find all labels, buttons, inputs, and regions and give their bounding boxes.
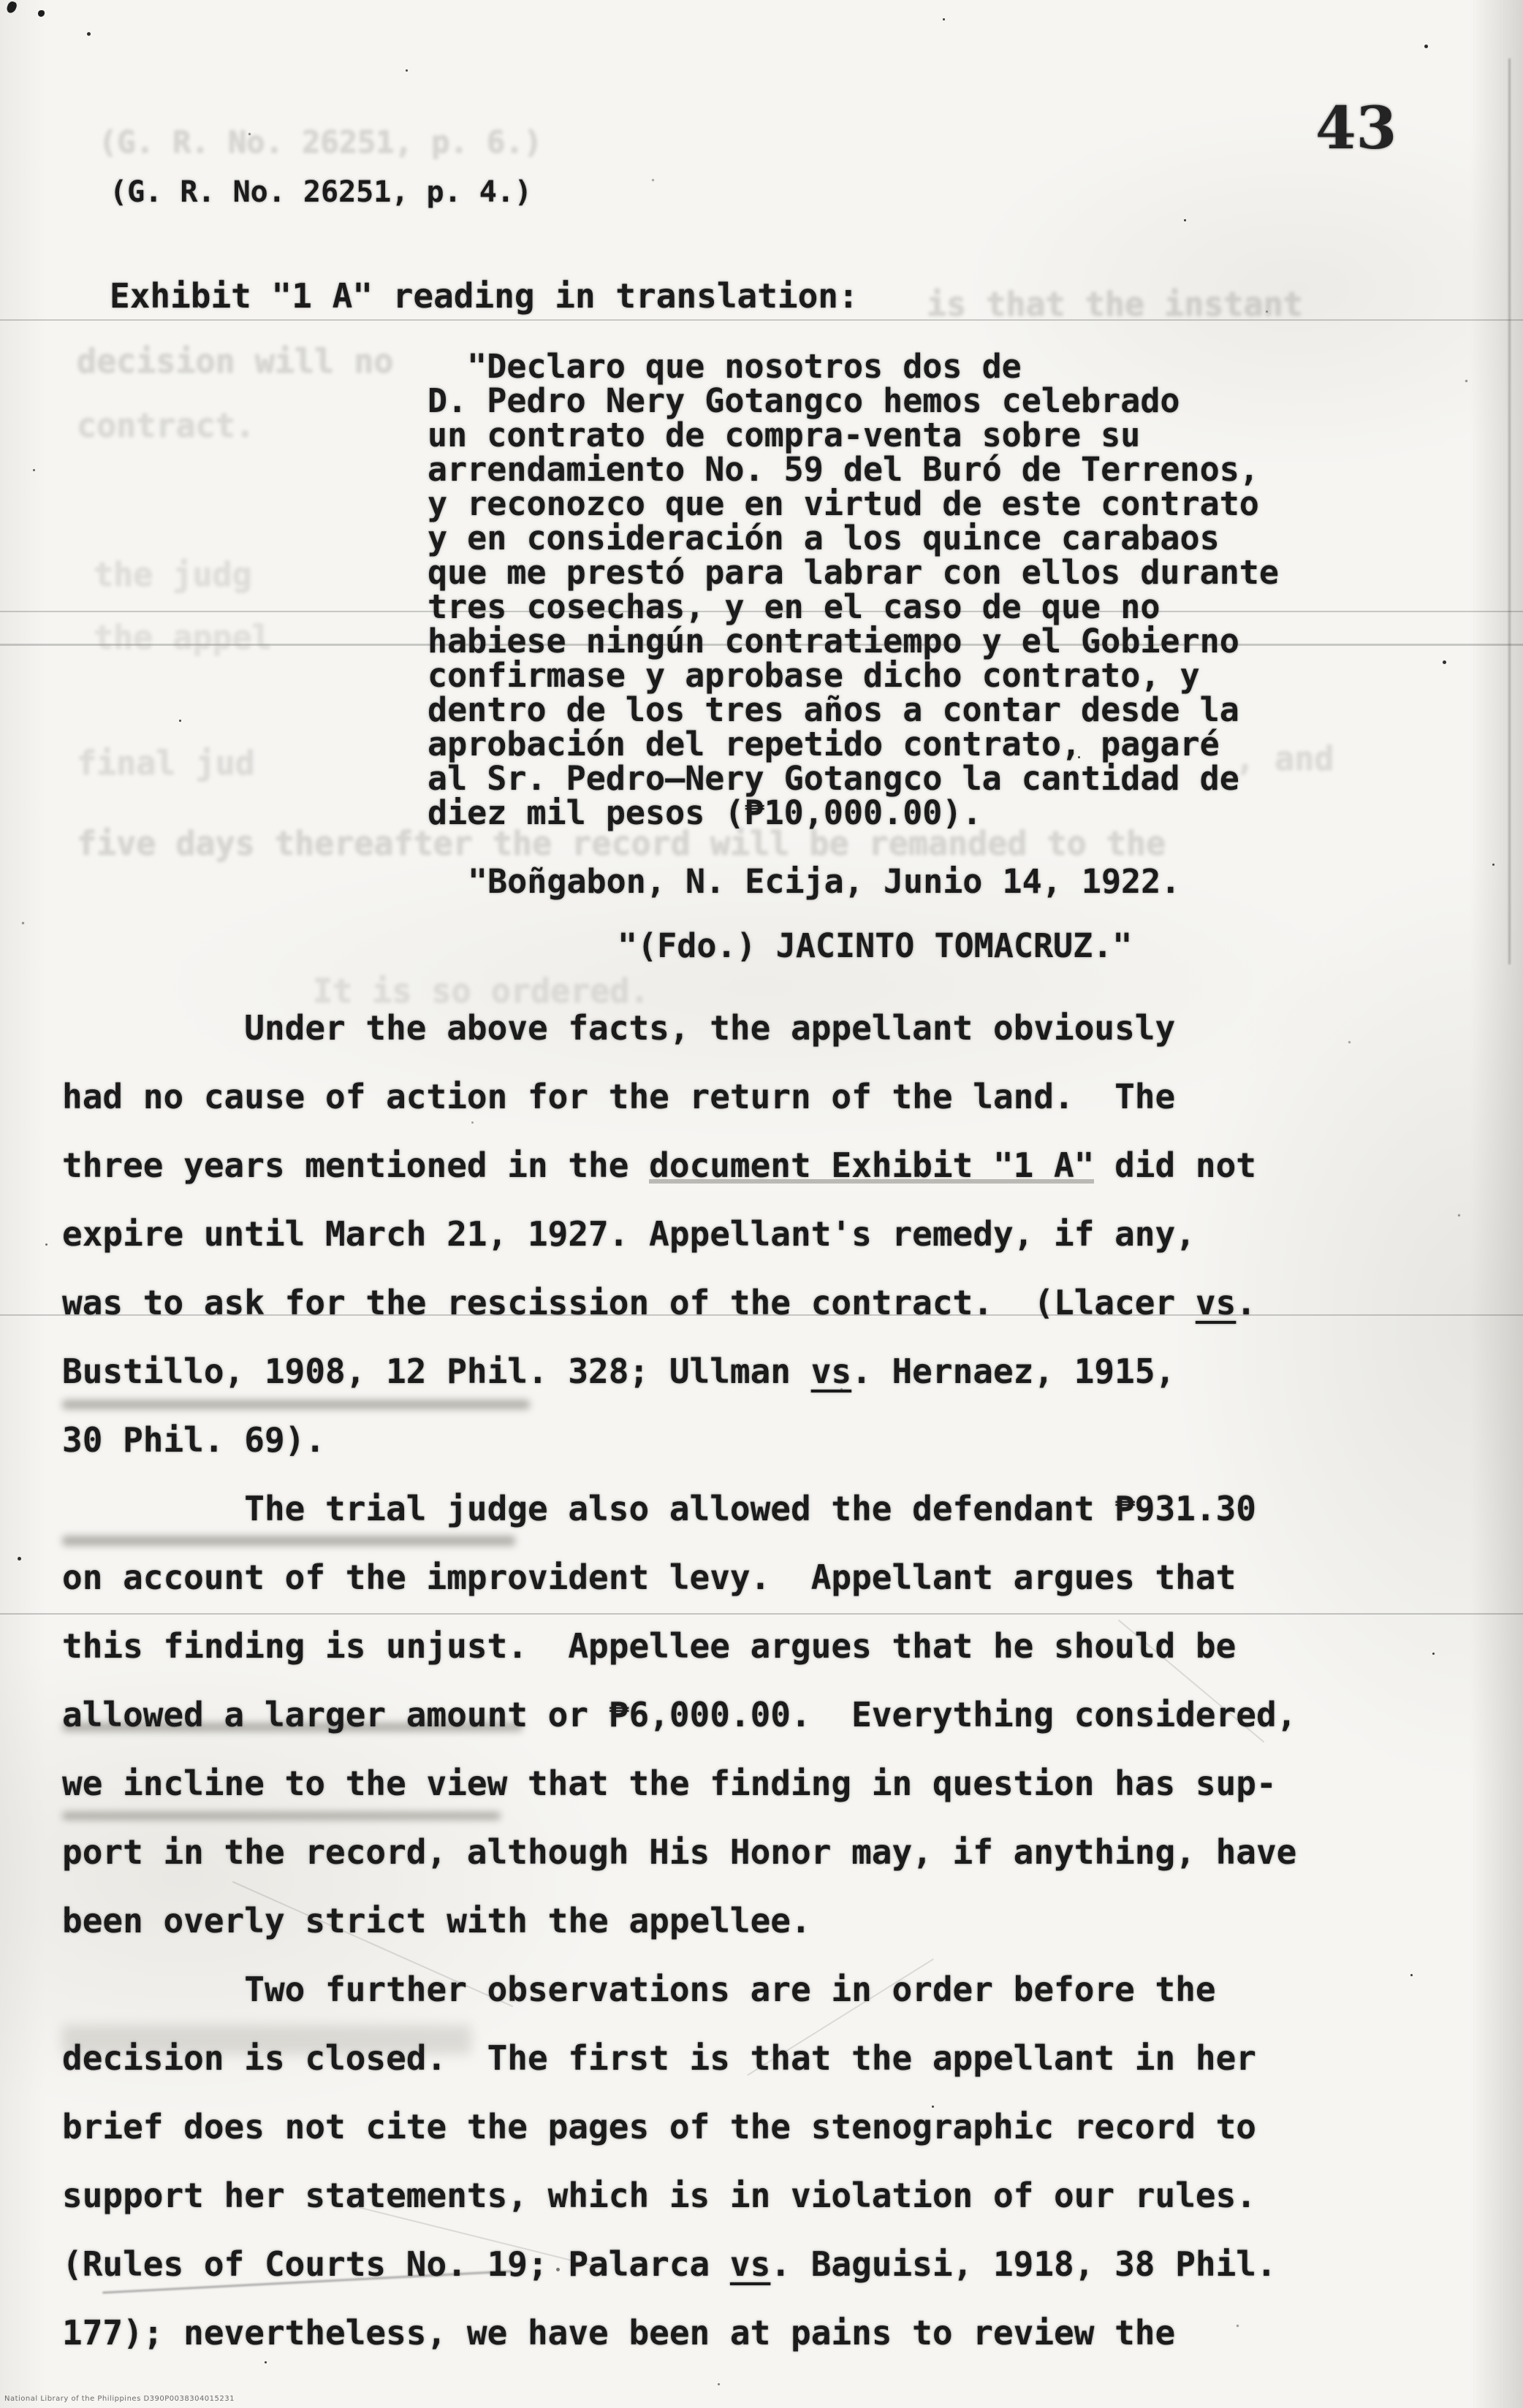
text-segment: decision is closed. The first is that th… [62, 2038, 1256, 2078]
text-segment: Under the above facts, the appellant obv… [62, 1008, 1175, 1048]
quote-line: "Declaro que nosotros dos de [428, 349, 1279, 384]
body-line: on account of the improvident levy. Appe… [62, 1543, 1487, 1612]
exhibit-heading: Exhibit "1 A" reading in translation: [110, 276, 859, 316]
text-segment: support her statements, which is in viol… [62, 2176, 1256, 2215]
text-segment: . Baguisi, 1918, 38 Phil. [770, 2244, 1276, 2284]
dust-speckles [0, 0, 2, 2]
text-segment: was to ask for the rescission of the con… [62, 1283, 1196, 1322]
quote-line: que me prestó para labrar con ellos dura… [428, 555, 1279, 590]
ghost-text: decision will no [77, 342, 393, 381]
ghost-text: (G. R. No. 26251, p. 6.) [99, 124, 542, 160]
text-segment: 177); nevertheless, we have been at pain… [62, 2313, 1175, 2352]
body-line: support her statements, which is in viol… [62, 2161, 1487, 2230]
body-line: allowed a larger amount or ₱6,000.00. Ev… [62, 1680, 1487, 1749]
ghost-text: is that the instant [927, 285, 1303, 324]
document-page: (G. R. No. 26251, p. 6.)is that the inst… [0, 0, 1523, 2408]
body-text: Under the above facts, the appellant obv… [62, 994, 1487, 2367]
body-line: expire until March 21, 1927. Appellant's… [62, 1200, 1487, 1268]
text-segment: Bustillo, 1908, 12 Phil. 328; Ullman [62, 1352, 811, 1391]
body-line: decision is closed. The first is that th… [62, 2024, 1487, 2092]
body-line: three years mentioned in the document Ex… [62, 1131, 1487, 1200]
body-line: 177); nevertheless, we have been at pain… [62, 2298, 1487, 2367]
page-number: 43 [1315, 94, 1397, 162]
text-segment: The trial judge also allowed the defenda… [62, 1489, 1256, 1528]
text-segment: allowed a larger amount or ₱6,000.00. Ev… [62, 1695, 1296, 1734]
quote-line: al Sr. Pedro—Nery Gotangco la cantidad d… [428, 761, 1279, 796]
quote-signature: "(Fdo.) JACINTO TOMACRUZ." [618, 926, 1132, 965]
text-segment: . [1236, 1283, 1256, 1322]
quote-line: y en consideración a los quince carabaos [428, 521, 1279, 555]
quote-line: y reconozco que en virtud de este contra… [428, 487, 1279, 521]
corner-ink-mark [38, 10, 45, 17]
body-line: was to ask for the rescission of the con… [62, 1268, 1487, 1337]
text-segment: three years mentioned in the [62, 1146, 649, 1185]
text-segment: on account of the improvident levy. Appe… [62, 1558, 1236, 1597]
body-line: Under the above facts, the appellant obv… [62, 994, 1487, 1062]
quote-line: aprobación del repetido contrato, pagaré [428, 727, 1279, 761]
body-line: we incline to the view that the finding … [62, 1749, 1487, 1818]
body-line: 30 Phil. 69). [62, 1406, 1487, 1474]
quote-block: "Declaro que nosotros dos deD. Pedro Ner… [428, 349, 1279, 830]
footer-microprint: National Library of the Philippines D390… [4, 2395, 235, 2403]
body-line: The trial judge also allowed the defenda… [62, 1474, 1487, 1543]
quote-line: habiese ningún contratiempo y el Gobiern… [428, 624, 1279, 658]
body-line: (Rules of Courts No. 19; Palarca vs. Bag… [62, 2230, 1487, 2298]
quote-dateline: "Boñgabon, N. Ecija, Junio 14, 1922. [468, 862, 1180, 901]
quote-line: D. Pedro Nery Gotangco hemos celebrado [428, 384, 1279, 418]
ghost-text: the appel [94, 618, 272, 657]
quote-line: un contrato de compra-venta sobre su [428, 418, 1279, 452]
ghost-text: final jud [77, 744, 255, 782]
body-line: Two further observations are in order be… [62, 1955, 1487, 2024]
quote-line: arrendamiento No. 59 del Buró de Terreno… [428, 452, 1279, 487]
case-header: (G. R. No. 26251, p. 4.) [110, 175, 532, 209]
text-segment: . Hernaez, 1915, [851, 1352, 1175, 1391]
text-segment: had no cause of action for the return of… [62, 1077, 1175, 1116]
text-segment: we incline to the view that the finding … [62, 1764, 1277, 1803]
text-segment: expire until March 21, 1927. Appellant's… [62, 1214, 1196, 1254]
body-line: brief does not cite the pages of the ste… [62, 2092, 1487, 2161]
ghost-text: the judg [94, 555, 252, 594]
text-segment: Two further observations are in order be… [62, 1970, 1216, 2009]
text-segment: port in the record, although His Honor m… [62, 1832, 1296, 1872]
scan-edge-streak [1508, 58, 1511, 964]
body-line: Bustillo, 1908, 12 Phil. 328; Ullman vs.… [62, 1337, 1487, 1406]
quote-line: dentro de los tres años a contar desde l… [428, 693, 1279, 727]
ghost-text: contract. [77, 406, 255, 445]
underlined-vs: vs [1196, 1283, 1236, 1322]
body-line: had no cause of action for the return of… [62, 1062, 1487, 1131]
text-segment: did not [1094, 1146, 1256, 1185]
text-segment: 30 Phil. 69). [62, 1420, 325, 1460]
quote-line: tres cosechas, y en el caso de que no [428, 590, 1279, 624]
underlined-vs: vs [811, 1352, 851, 1391]
text-segment: been overly strict with the appellee. [62, 1901, 811, 1940]
text-segment: brief does not cite the pages of the ste… [62, 2107, 1256, 2146]
quote-line: confirmase y aprobase dicho contrato, y [428, 658, 1279, 693]
body-line: this finding is unjust. Appellee argues … [62, 1612, 1487, 1680]
corner-ink-mark [6, 0, 18, 14]
text-segment: (Rules of Courts No. 19; Palarca [62, 2244, 730, 2284]
quote-line: diez mil pesos (₱10,000.00). [428, 796, 1279, 830]
body-line: been overly strict with the appellee. [62, 1886, 1487, 1955]
text-segment: document Exhibit "1 A" [649, 1146, 1094, 1185]
body-line: port in the record, although His Honor m… [62, 1818, 1487, 1886]
underlined-vs: vs [730, 2244, 770, 2284]
text-segment: this finding is unjust. Appellee argues … [62, 1626, 1236, 1666]
